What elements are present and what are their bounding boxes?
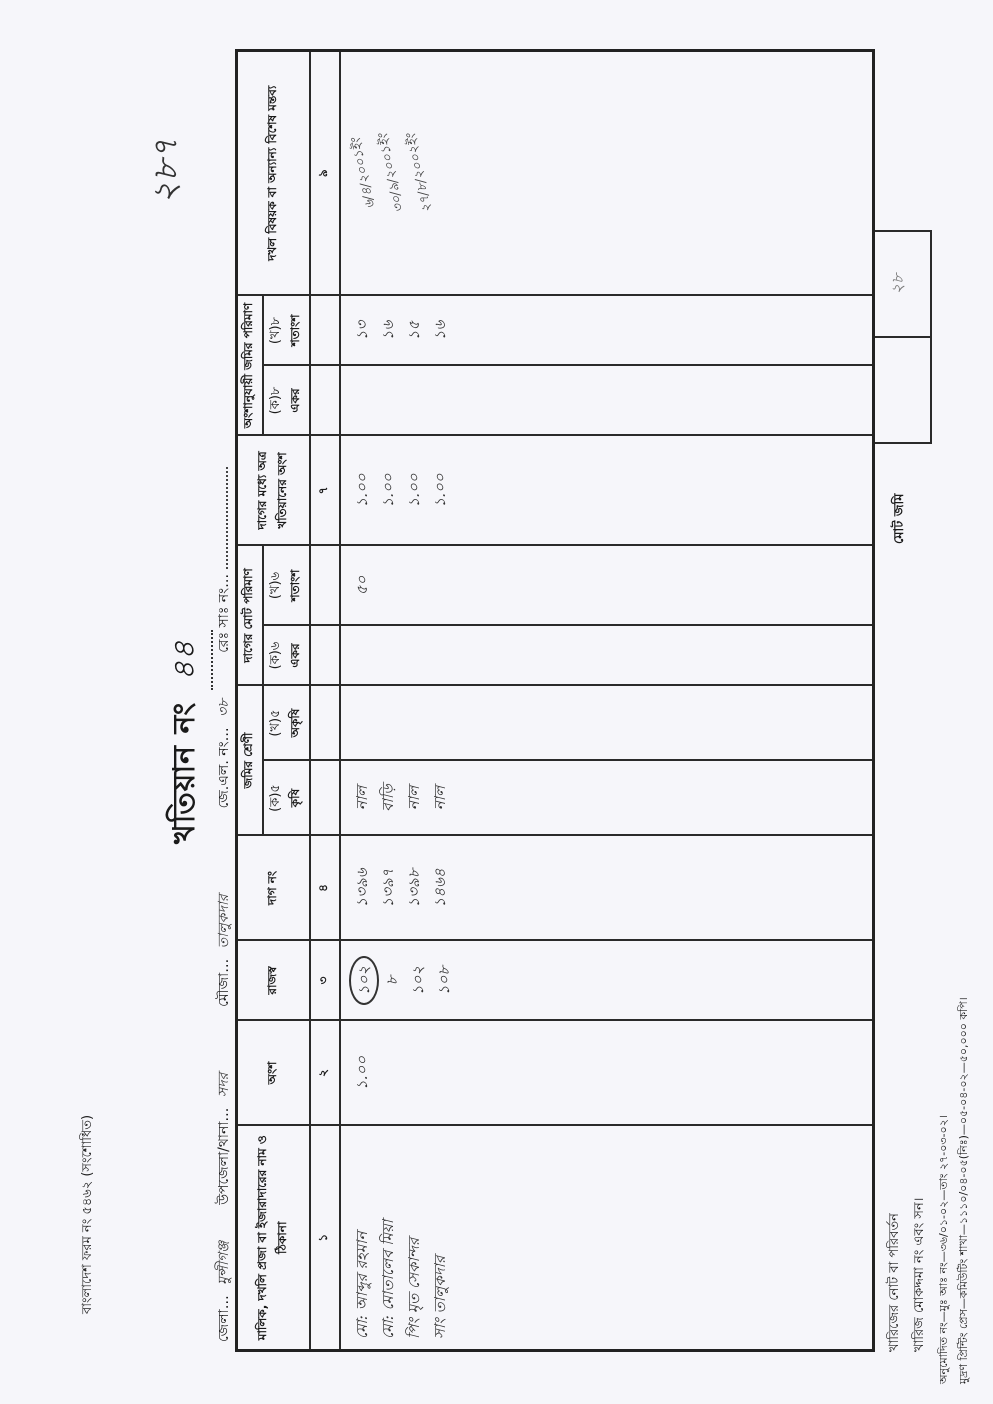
col-share-in-plot: দাগের মধ্যে অত্র খতিয়ানের অংশ: [237, 436, 311, 546]
col-owner: মালিক, দখলি প্রজা বা ইজারাদারের নাম ও ঠি…: [237, 1126, 311, 1351]
page-mark: ২৮৭: [140, 138, 197, 204]
total-acre: [875, 336, 930, 442]
approval-note: অনুমোদিত নং—মুঃ আঃ নং—৩৬/০১-০২—তাং ২৭-০৩…: [935, 1115, 954, 1384]
jl-label: জে.এল. নং: [216, 741, 232, 808]
sub-agri: (ক)৫কৃষি: [263, 761, 310, 836]
column-number-row: ১ ২ ৩ ৪ ৭ ৯: [310, 50, 340, 1350]
revenue-cell: ১০২ ৮ ১০২ ১০৮: [340, 941, 874, 1021]
acre-cell: [340, 626, 874, 686]
col-revenue: রাজস্ব: [237, 941, 311, 1021]
mouza-label: মৌজা: [216, 973, 232, 1007]
col-plot-total: দাগের মোট পরিমাণ: [237, 546, 264, 686]
owner-cell: মো: আব্দুর রহমান মো: মোতালেব মিয়া পিং ম…: [340, 1126, 874, 1351]
touzi-label: রেঃ সাঃ নং: [216, 588, 232, 653]
table-row: মো: আব্দুর রহমান মো: মোতালেব মিয়া পিং ম…: [340, 50, 874, 1350]
khatian-title-label: খতিয়ান নং: [167, 702, 202, 844]
remarks-cell: ৬/৪/২০০১ইং ৩০/৯/২০০১ইং ২৭/৮/২০০২ইং: [340, 50, 874, 295]
sub-decimal: (খ)৬শতাংশ: [263, 546, 310, 626]
case-note: খারিজ মোকদ্দমা নং এবং সন।: [910, 1198, 931, 1352]
col-land-class: জমির শ্রেণী: [237, 686, 264, 836]
touzi-field: রেঃ সাঃ নং…: [212, 467, 236, 652]
district-label: জেলা: [216, 1309, 232, 1342]
sub-nonagri: (খ)৫অকৃষি: [263, 686, 310, 761]
form-number-note: বাংলাদেশ ফরম নং ৫৪৬২ (সংশোধিত): [78, 1115, 99, 1314]
decimal-cell: ৫০: [340, 546, 874, 626]
col-share: অংশ: [237, 1021, 311, 1126]
plot-no-cell: ১৩৯৬ ১৩৯৭ ১৩৯৮ ১৪৬৪: [340, 836, 874, 941]
sub-acre: (ক)৬একর: [263, 626, 310, 686]
total-decimal: ২৮: [875, 232, 930, 336]
header-row: মালিক, দখলি প্রজা বা ইজারাদারের নাম ও ঠি…: [237, 50, 264, 1350]
print-note: মুদ্রণ প্রিন্টিং প্রেস—কমিউটিং শাখা—১১১০…: [955, 997, 974, 1384]
total-land-label: মোট জমি: [890, 494, 911, 544]
col-plot-no: দাগ নং: [237, 836, 311, 941]
col-land-by-share: অংশানুযায়ী জমির পরিমাণ: [237, 295, 264, 435]
share-acre-cell: [340, 366, 874, 436]
change-note-label: খারিজের নোট বা পরিবর্তন: [885, 1213, 906, 1352]
khatian-form-page: বাংলাদেশ ফরম নং ৫৪৬২ (সংশোধিত) খতিয়ান ন…: [0, 0, 993, 1404]
col-remarks: দখল বিষয়ক বা অন্যান্য বিশেষ মন্তব্য: [237, 50, 311, 295]
nonagri-cell: [340, 686, 874, 761]
sub-share-decimal: (খ)৮শতাংশ: [263, 295, 310, 365]
share-decimal-cell: ১৩ ১৬ ১৫ ১৬: [340, 295, 874, 365]
share-cell: ১.০০: [340, 1021, 874, 1126]
upazila-label: উপজেলা/থানা: [216, 1122, 232, 1205]
agri-cell: নাল বাড়ি নাল নাল: [340, 761, 874, 836]
share-in-plot-cell: ১.০০ ১.০০ ১.০০ ১.০০: [340, 436, 874, 546]
sub-share-acre: (ক)৮একর: [263, 366, 310, 436]
khatian-table: মালিক, দখলি প্রজা বা ইজারাদারের নাম ও ঠি…: [235, 49, 875, 1352]
khatian-title: খতিয়ান নং ৪৪: [160, 630, 213, 844]
khatian-number: ৪৪: [160, 630, 213, 690]
total-land-box: ২৮: [875, 230, 932, 444]
touzi-value: [226, 467, 228, 569]
